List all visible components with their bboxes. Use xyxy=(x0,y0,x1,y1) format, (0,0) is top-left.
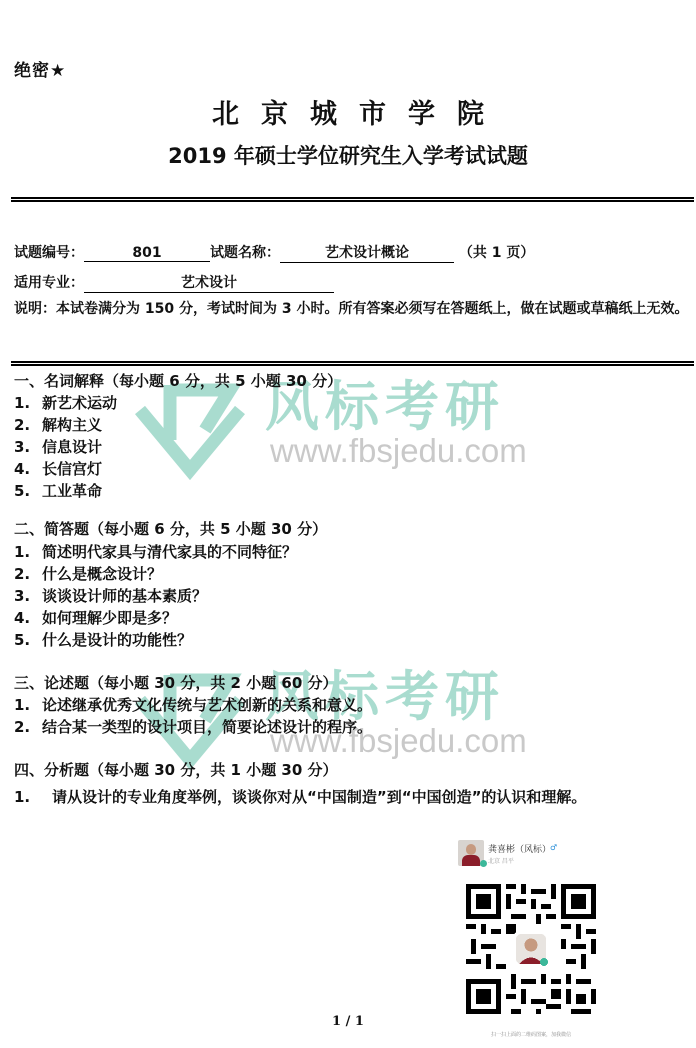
name-label: 试题名称： xyxy=(210,245,280,261)
major-value: 艺术设计 xyxy=(84,272,334,293)
question-item: 3.信息设计 xyxy=(14,436,102,457)
qr-code[interactable] xyxy=(466,884,596,1014)
verified-icon xyxy=(480,860,487,867)
secret-mark: 绝密★ xyxy=(14,56,66,81)
qr-code-icon xyxy=(466,884,596,1014)
major-row: 适用专业：艺术设计 xyxy=(14,272,334,293)
exam-instructions: 说明：本试卷满分为 150 分，考试时间为 3 小时。所有答案必须写在答题纸上，… xyxy=(14,298,694,321)
page-count: （共 1 页） xyxy=(459,245,535,261)
question-item: 3.谈谈设计师的基本素质？ xyxy=(14,585,207,606)
name-value: 艺术设计概论 xyxy=(280,242,454,263)
profile-location: 北京 昌平 xyxy=(488,856,514,865)
question-item: 4.如何理解少即是多？ xyxy=(14,607,177,628)
question-item: 1.新艺术运动 xyxy=(14,392,117,413)
profile-name: 龚喜彬（风标） xyxy=(488,842,551,855)
exam-info-row: 试题编号：801试题名称：艺术设计概论 （共 1 页） xyxy=(14,242,534,263)
question-item: 2.解构主义 xyxy=(14,414,102,435)
header-divider xyxy=(11,197,694,202)
qr-caption: 扫一扫上面的二维码图案，加我微信 xyxy=(456,1031,606,1038)
section-title: 二、简答题（每小题 6 分，共 5 小题 30 分） xyxy=(14,518,327,539)
major-label: 适用专业： xyxy=(14,275,84,291)
question-item: 1.简述明代家具与清代家具的不同特征？ xyxy=(14,541,297,562)
male-gender-icon: ♂ xyxy=(550,843,557,852)
page-number: 1 / 1 xyxy=(0,1014,696,1029)
section-title: 四、分析题（每小题 30 分，共 1 小题 30 分） xyxy=(14,759,338,780)
question-item: 1.论述继承优秀文化传统与艺术创新的关系和意义。 xyxy=(14,694,372,715)
code-value: 801 xyxy=(84,245,210,262)
question-item: 5.工业革命 xyxy=(14,480,102,501)
section-title: 三、论述题（每小题 30 分，共 2 小题 60 分） xyxy=(14,672,338,693)
question-item: 4.长信宫灯 xyxy=(14,458,102,479)
question-item: 2.结合某一类型的设计项目，简要论述设计的程序。 xyxy=(14,716,372,737)
exam-title: 2019 年硕士学位研究生入学考试试题 xyxy=(0,140,696,170)
school-name: 北京城市学院 xyxy=(0,92,696,131)
question-item: 2.什么是概念设计？ xyxy=(14,563,162,584)
contact-card: 龚喜彬（风标） ♂ 北京 昌平 xyxy=(456,840,606,880)
section-title: 一、名词解释（每小题 6 分，共 5 小题 30 分） xyxy=(14,370,342,391)
code-label: 试题编号： xyxy=(14,245,84,261)
question-item: 5.什么是设计的功能性？ xyxy=(14,629,192,650)
watermark-url: www.fbsjedu.com xyxy=(270,432,527,470)
question-item: 1.请从设计的专业角度举例，谈谈你对从“中国制造”到“中国创造”的认识和理解。 xyxy=(14,786,586,807)
